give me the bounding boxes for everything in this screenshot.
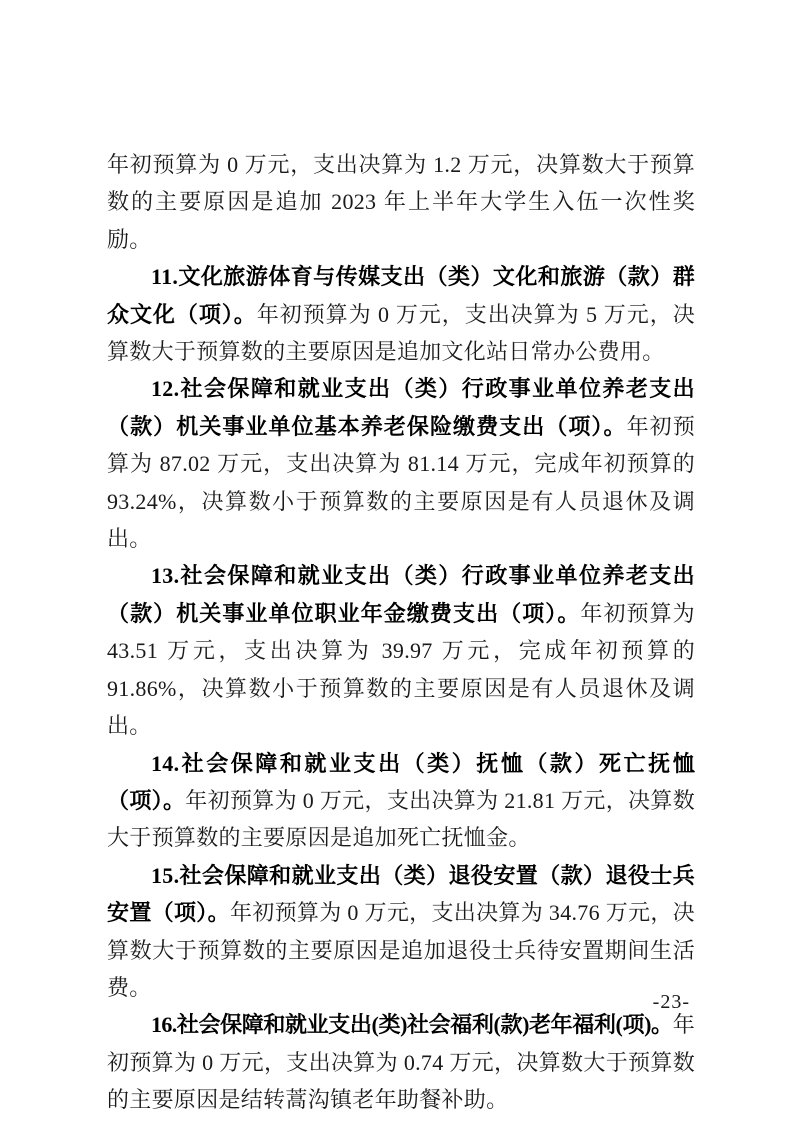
paragraph-item-13: 13.社会保障和就业支出（类）行政事业单位养老支出（款）机关事业单位职业年金缴费… — [107, 557, 695, 744]
paragraph-item-16: 16.社会保障和就业支出(类)社会福利(款)老年福利(项)。年初预算为 0 万元… — [107, 1006, 695, 1118]
paragraph-item-12: 12.社会保障和就业支出（类）行政事业单位养老支出（款）机关事业单位基本养老保险… — [107, 370, 695, 557]
paragraph-item-16-heading: 16.社会保障和就业支出(类)社会福利(款)老年福利(项)。 — [151, 1012, 673, 1037]
page-content: 年初预算为 0 万元，支出决算为 1.2 万元，决算数大于预算数的主要原因是追加… — [107, 146, 695, 1119]
paragraph-item-14: 14.社会保障和就业支出（类）抚恤（款）死亡抚恤（项）。年初预算为 0 万元，支… — [107, 745, 695, 857]
paragraph-continuation: 年初预算为 0 万元，支出决算为 1.2 万元，决算数大于预算数的主要原因是追加… — [107, 146, 695, 258]
paragraph-item-15: 15.社会保障和就业支出（类）退役安置（款）退役士兵安置（项）。年初预算为 0 … — [107, 857, 695, 1007]
paragraph-item-11: 11.文化旅游体育与传媒支出（类）文化和旅游（款）群众文化（项）。年初预算为 0… — [107, 258, 695, 370]
document-page: 年初预算为 0 万元，支出决算为 1.2 万元，决算数大于预算数的主要原因是追加… — [0, 0, 793, 1122]
paragraph-item-12-heading: 12.社会保障和就业支出（类）行政事业单位养老支出（款）机关事业单位基本养老保险… — [107, 376, 695, 438]
paragraph-continuation-body: 年初预算为 0 万元，支出决算为 1.2 万元，决算数大于预算数的主要原因是追加… — [107, 152, 695, 252]
page-number: -23- — [653, 991, 690, 1014]
paragraph-item-14-body: 年初预算为 0 万元，支出决算为 21.81 万元，决算数大于预算数的主要原因是… — [107, 788, 695, 850]
